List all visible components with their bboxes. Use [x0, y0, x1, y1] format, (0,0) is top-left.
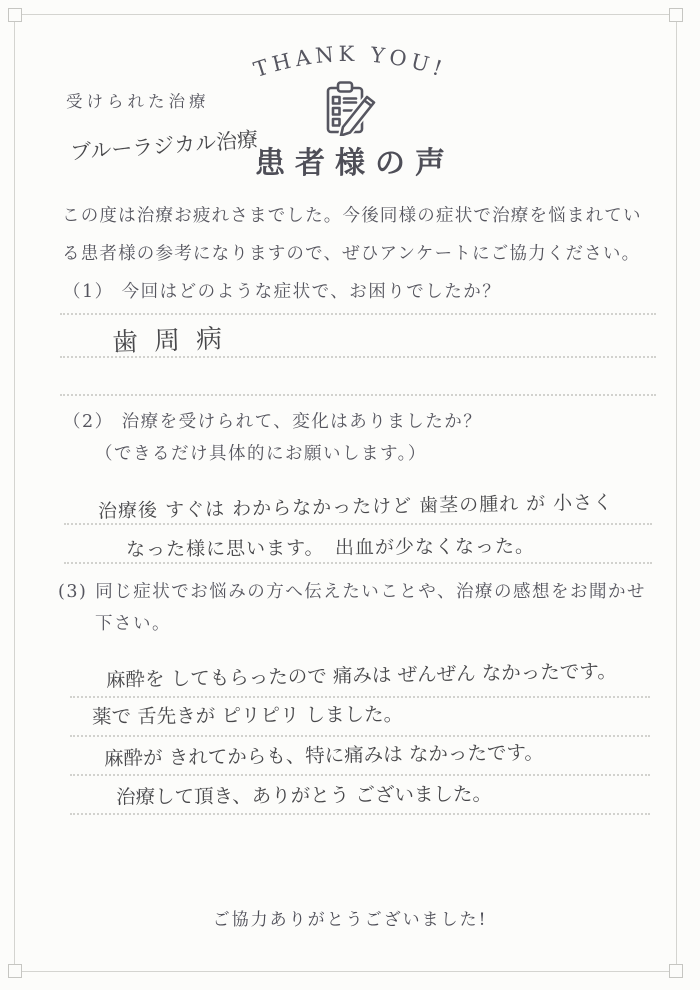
question-3-text: 同じ症状でお悩みの方へ伝えたいことや、治療の感想をお聞かせ	[95, 582, 646, 602]
question-2-number: （2）	[63, 412, 114, 432]
page-title: 患者様の声	[0, 138, 700, 182]
answer-ruled-line	[60, 313, 656, 315]
frame-corner-square	[8, 964, 22, 978]
question-3-handwritten-answer-line4: 治療して頂き、ありがとう ございました。	[116, 778, 492, 809]
question-2-note: （できるだけ具体的にお願いします。）	[95, 440, 427, 465]
footer-thanks-text: ご協力ありがとうございました!	[0, 905, 700, 930]
answer-ruled-line	[60, 394, 656, 396]
question-2: （2）治療を受けられて、変化はありましたか？	[63, 408, 482, 433]
clipboard-checklist-pencil-icon	[320, 80, 380, 136]
question-1-number: （1）	[63, 282, 114, 302]
intro-text-line2: る患者様の参考になりますので、ぜひアンケートにご協力ください。	[62, 240, 640, 265]
question-2-text: 治療を受けられて、変化はありましたか？	[122, 412, 483, 432]
question-2-handwritten-answer-line1: 治療後 すぐは わからなかったけど 歯茎の腫れ が 小さく	[98, 488, 614, 524]
question-3-handwritten-answer-line2: 薬で 舌先きが ピリピリ しました。	[92, 699, 403, 730]
question-1-text: 今回はどのような症状で、お困りでしたか？	[122, 282, 502, 302]
answer-ruled-line	[70, 774, 650, 776]
answer-ruled-line	[70, 696, 650, 698]
treatment-received-label: 受けられた治療	[66, 88, 210, 112]
answer-ruled-line	[70, 735, 650, 737]
question-3-text-continued: 下さい。	[95, 610, 171, 635]
intro-text-line1: この度は治療お疲れさまでした。今後同様の症状で治療を悩まれてい	[62, 202, 642, 227]
frame-corner-square	[8, 8, 22, 22]
question-2-handwritten-answer-line2: なった様に思います。 出血が少なくなった。	[126, 531, 535, 562]
question-1-handwritten-answer: 歯周病	[111, 318, 238, 359]
frame-corner-square	[669, 8, 683, 22]
frame-corner-square	[669, 964, 683, 978]
question-3: (3)同じ症状でお悩みの方へ伝えたいことや、治療の感想をお聞かせ	[58, 578, 646, 603]
answer-ruled-line	[64, 523, 652, 525]
thank-you-label: THANK YOU!	[251, 42, 449, 82]
question-1: （1）今回はどのような症状で、お困りでしたか？	[63, 278, 501, 303]
question-3-number: (3)	[58, 582, 87, 602]
answer-ruled-line	[70, 813, 650, 815]
question-3-handwritten-answer-line3: 麻酔が きれてからも、特に痛みは なかったです。	[104, 737, 544, 771]
question-3-handwritten-answer-line1: 麻酔を してもらったので 痛みは ぜんぜん なかったです。	[106, 656, 617, 693]
patient-questionnaire-scan: THANK YOU! 受けられた治療 ブルーラジカル治療 患者様の声 この度は治…	[0, 0, 700, 990]
svg-text:THANK YOU!: THANK YOU!	[251, 42, 449, 82]
answer-ruled-line	[64, 562, 652, 564]
